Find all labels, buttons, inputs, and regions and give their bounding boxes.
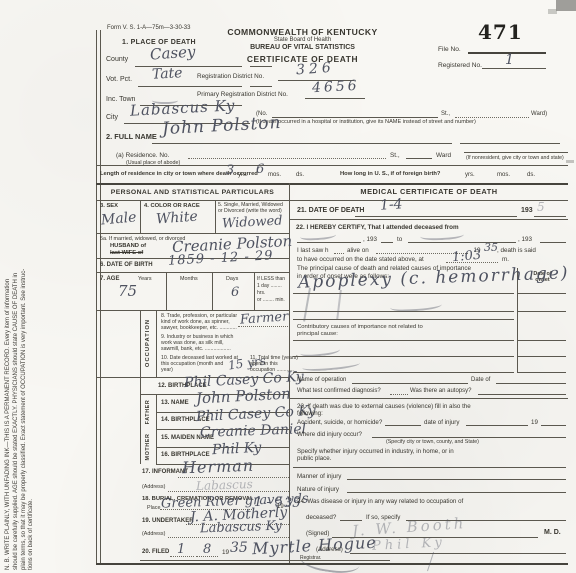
onset-line-2 bbox=[517, 311, 566, 312]
full-name-label: 2. FULL NAME bbox=[106, 133, 157, 142]
howlong-label: How long in U. S., if of foreign birth? bbox=[340, 171, 440, 178]
contributory-line-3 bbox=[293, 372, 514, 373]
age-cell-border-2 bbox=[212, 272, 213, 310]
certify-blank-1 bbox=[297, 242, 361, 243]
test-line bbox=[390, 394, 408, 395]
full-name-line-2 bbox=[460, 143, 560, 144]
occupation-box-left bbox=[140, 310, 141, 377]
residence-ward-label: Ward bbox=[436, 152, 451, 160]
primary-district-line bbox=[305, 98, 365, 99]
cause-line-1 bbox=[293, 293, 514, 294]
length-yrs-value: 3 bbox=[226, 164, 234, 177]
length-mos-value: 6 bbox=[256, 163, 264, 176]
medical-title: MEDICAL CERTIFICATE OF DEATH bbox=[290, 188, 568, 197]
filed-line-2 bbox=[196, 556, 218, 557]
personal-title: PERSONAL AND STATISTICAL PARTICULARS bbox=[96, 189, 289, 197]
father-name-label: 13. NAME bbox=[161, 400, 189, 407]
howlong-ds-label: ds. bbox=[527, 172, 535, 179]
where-note: (Specify city or town, county, and State… bbox=[386, 439, 479, 445]
dob-value: 1859 - 12 - 29 bbox=[168, 249, 274, 268]
contributory-line-1 bbox=[293, 340, 514, 341]
scan-smudge-corner bbox=[556, 0, 576, 11]
manner-label: Manner of injury bbox=[297, 473, 341, 480]
length-mos-label: mos. bbox=[268, 172, 281, 179]
length-ds-label: ds. bbox=[296, 172, 304, 179]
father-side-label: FATHER bbox=[145, 395, 151, 429]
full-name-value: John Polston bbox=[162, 115, 282, 138]
age-days-label: Days bbox=[226, 276, 238, 282]
form-border-left-outer bbox=[96, 30, 97, 563]
residence-note-line bbox=[464, 152, 568, 153]
primary-district-value: 4656 bbox=[312, 79, 360, 95]
mother-birthplace-value: Phil Ky bbox=[212, 441, 262, 458]
city-note-line-1 bbox=[272, 117, 438, 118]
date-of-death-value: 1-4 bbox=[380, 197, 403, 213]
file-no-label: File No. bbox=[438, 46, 461, 54]
color-value: White bbox=[156, 210, 199, 227]
filed-year-prefix: 19 bbox=[222, 549, 229, 557]
onset-line-5 bbox=[517, 372, 566, 373]
certify-blank-4 bbox=[540, 242, 566, 243]
trade-line bbox=[238, 326, 288, 327]
last-saw-year-hw: 35 bbox=[484, 242, 498, 253]
undertaker-address-label: (Address) bbox=[142, 531, 165, 537]
related-label: 24. Was disease or injury in any way rel… bbox=[297, 498, 463, 505]
autopsy-label: Was there an autopsy? bbox=[410, 388, 471, 395]
sex-value: Male bbox=[100, 210, 137, 227]
city-note-line-2 bbox=[455, 117, 529, 118]
certify-193-b: , 193 bbox=[518, 236, 532, 243]
physician-address-value: Phil Ky bbox=[372, 536, 446, 553]
last-saw-h-blank bbox=[334, 253, 344, 254]
spouse-husband-label: HUSBAND of bbox=[110, 243, 146, 250]
operation-line bbox=[352, 383, 468, 384]
age-cell-border-1 bbox=[166, 272, 167, 310]
undertaker-address-value: Labascus Ky bbox=[200, 520, 282, 536]
operation-date-label: Date of bbox=[471, 377, 490, 384]
trade-label: 8. Trade, profession, or particular kind… bbox=[161, 313, 237, 332]
item21-bottom-line bbox=[289, 219, 568, 220]
vot-pct-line bbox=[138, 86, 242, 87]
registered-no-value: 1 bbox=[505, 53, 514, 67]
residence-note: (If nonresident, give city or town and s… bbox=[466, 155, 564, 161]
filed-line-1 bbox=[170, 556, 194, 557]
death-year-line bbox=[534, 216, 566, 217]
certificate-number: 471 bbox=[478, 20, 523, 44]
manner-line bbox=[347, 479, 566, 480]
certify-to: to bbox=[397, 236, 402, 243]
dob-row-bottom-line bbox=[96, 272, 289, 273]
filed-year-value: 35 bbox=[230, 541, 248, 555]
age-years-value: 75 bbox=[118, 284, 137, 299]
mother-side-label: MOTHER bbox=[145, 430, 151, 464]
industry-label: 9. Industry or business in which work wa… bbox=[161, 334, 233, 353]
deceased-label: deceased? bbox=[306, 514, 336, 521]
marital-label: 5. Single, Married, Widowed or Divorced … bbox=[218, 202, 288, 214]
age-days-value: 6 bbox=[231, 286, 239, 299]
where-label: Where did injury occur? bbox=[297, 431, 362, 438]
sex-label: 3. SEX bbox=[100, 203, 118, 210]
medical-title-line bbox=[289, 200, 568, 201]
county-value: Casey bbox=[150, 44, 196, 62]
onset-line-4 bbox=[517, 356, 566, 357]
onset-line-1 bbox=[517, 293, 566, 294]
form-border-left-inner bbox=[100, 30, 101, 563]
last-saw-d: , death is said bbox=[497, 247, 536, 254]
color-cell-border bbox=[215, 200, 216, 233]
city-note-st: St., bbox=[441, 111, 450, 118]
city-label: City bbox=[106, 114, 118, 122]
physician-address-line bbox=[350, 553, 566, 554]
date-of-death-label: 21. DATE OF DEATH bbox=[297, 207, 364, 215]
occurred-a: to have occurred on the date stated abov… bbox=[297, 256, 424, 263]
section23-top-line bbox=[289, 398, 568, 399]
nature-label: Nature of injury bbox=[297, 486, 339, 493]
age-less-label: If LESS than 1 day ........ hrs. or ....… bbox=[257, 276, 289, 304]
informant-value: Herman bbox=[182, 458, 255, 477]
occurred-blank bbox=[446, 262, 498, 263]
date-of-death-line bbox=[355, 216, 517, 217]
reg-district-label: Registration District No. bbox=[197, 73, 264, 81]
external-label: 23. If death was due to external causes … bbox=[297, 403, 471, 417]
death-year-prefix: 193 bbox=[521, 207, 533, 215]
injury-19-label: 19 bbox=[531, 419, 538, 426]
registered-no-label: Registered No. bbox=[438, 62, 482, 70]
death-certificate-scan: N. B. WRITE PLAINLY, WITH UNFADING INK—T… bbox=[0, 0, 576, 573]
margin-instructions: N. B. WRITE PLAINLY, WITH UNFADING INK—T… bbox=[5, 8, 36, 570]
parents-strip-left bbox=[140, 377, 141, 464]
occurred-b: m. bbox=[502, 256, 509, 263]
specify-line bbox=[293, 467, 566, 468]
sex-cell-border bbox=[140, 200, 141, 233]
columns-top-line bbox=[96, 183, 568, 185]
accident-label: Accident, suicide, or homicide? bbox=[297, 419, 382, 426]
residence-label: (a) Residence. No. bbox=[116, 152, 169, 160]
certify-ink-scrawl-1 bbox=[300, 230, 337, 241]
city-note-2: (If death occurred in a hospital or inst… bbox=[256, 119, 476, 126]
accident-line bbox=[385, 425, 421, 426]
primary-district-label: Primary Registration District No. bbox=[197, 91, 288, 99]
full-name-line bbox=[152, 143, 452, 144]
specify-label: Specify whether injury occurred in indus… bbox=[297, 448, 454, 463]
age-months-label: Months bbox=[180, 276, 198, 282]
filed-day-value: 8 bbox=[203, 543, 211, 556]
nature-line bbox=[347, 492, 566, 493]
vot-pct-line-2 bbox=[250, 86, 272, 87]
howlong-mos-label: mos. bbox=[497, 172, 510, 179]
filed-label: 20. FILED bbox=[142, 549, 169, 556]
county-line-2 bbox=[250, 66, 272, 67]
burial-place-label: Place bbox=[147, 505, 161, 511]
length-yrs-label: yrs. bbox=[238, 172, 248, 179]
dob-label: 6. DATE OF BIRTH bbox=[100, 262, 153, 269]
age-label: 7. AGE bbox=[100, 276, 119, 283]
informant-address-value: Labascus bbox=[196, 478, 253, 492]
age-years-label: Years bbox=[138, 276, 152, 282]
autopsy-line bbox=[478, 394, 566, 395]
residence-line bbox=[188, 158, 386, 159]
bottom-ink-stroke bbox=[427, 552, 437, 572]
filed-month-value: 1 bbox=[177, 543, 185, 556]
vot-pct-label: Vot. Pct. bbox=[106, 76, 132, 84]
certify-blank-3 bbox=[408, 242, 516, 243]
mother-maiden-value: Creanie Daniel bbox=[200, 422, 307, 440]
contributory-line-2 bbox=[293, 356, 514, 357]
operation-label: Name of operation bbox=[297, 377, 346, 384]
form-number: Form V. S. 1-A—75m—3-30-33 bbox=[107, 25, 190, 32]
residence-st-label: St., bbox=[390, 152, 400, 160]
certify-193-a: , 193 bbox=[363, 236, 377, 243]
marital-value: Widowed bbox=[222, 214, 283, 230]
vot-pct-value: Tate bbox=[152, 66, 183, 82]
certify-blank-2 bbox=[381, 242, 393, 243]
signed-label: (Signed) bbox=[306, 530, 329, 537]
occupation-side-label: OCCUPATION bbox=[145, 311, 152, 375]
commonwealth-heading: COMMONWEALTH OF KENTUCKY bbox=[195, 27, 410, 37]
contributory-label: Contributory causes of importance not re… bbox=[297, 324, 423, 338]
test-label: What test confirmed diagnosis? bbox=[297, 388, 381, 395]
scan-mark-right bbox=[566, 160, 574, 163]
county-label: County bbox=[106, 56, 128, 64]
cause-ink-descender-2 bbox=[336, 290, 345, 320]
md-label: M. D. bbox=[544, 529, 561, 537]
age-cell-border-3 bbox=[254, 272, 255, 310]
reg-district-value: 326 bbox=[296, 61, 336, 78]
death-year-value: 5 bbox=[537, 201, 545, 213]
city-note-ward: Ward) bbox=[531, 111, 547, 118]
last-saw-b: alive on bbox=[347, 247, 369, 254]
cause-line-3 bbox=[293, 319, 514, 320]
contributory-ink-scrawl-2 bbox=[302, 357, 361, 372]
father-name-value: John Polston bbox=[196, 387, 292, 407]
injury-date-line bbox=[466, 425, 528, 426]
scan-smudge-small bbox=[548, 9, 557, 14]
where-line bbox=[372, 437, 566, 438]
trade-value: Farmer bbox=[240, 310, 289, 326]
informant-address-label: (Address) bbox=[142, 484, 165, 490]
registered-no-line bbox=[482, 68, 546, 69]
last-saw-a: I last saw h bbox=[297, 247, 329, 254]
occupation-strip-right bbox=[156, 310, 157, 377]
bureau-heading: BUREAU OF VITAL STATISTICS bbox=[195, 44, 410, 52]
spouse-wife-label: last WIFE of bbox=[110, 250, 143, 257]
howlong-yrs-label: yrs. bbox=[465, 172, 475, 179]
injury-date-label: date of injury bbox=[424, 419, 459, 426]
length-row-top-line bbox=[96, 165, 568, 166]
operation-date-line bbox=[496, 383, 566, 384]
injury-19-line bbox=[541, 425, 566, 426]
personal-title-line bbox=[96, 200, 289, 201]
onset-line-3 bbox=[517, 340, 566, 341]
residence-st-line bbox=[406, 158, 432, 159]
